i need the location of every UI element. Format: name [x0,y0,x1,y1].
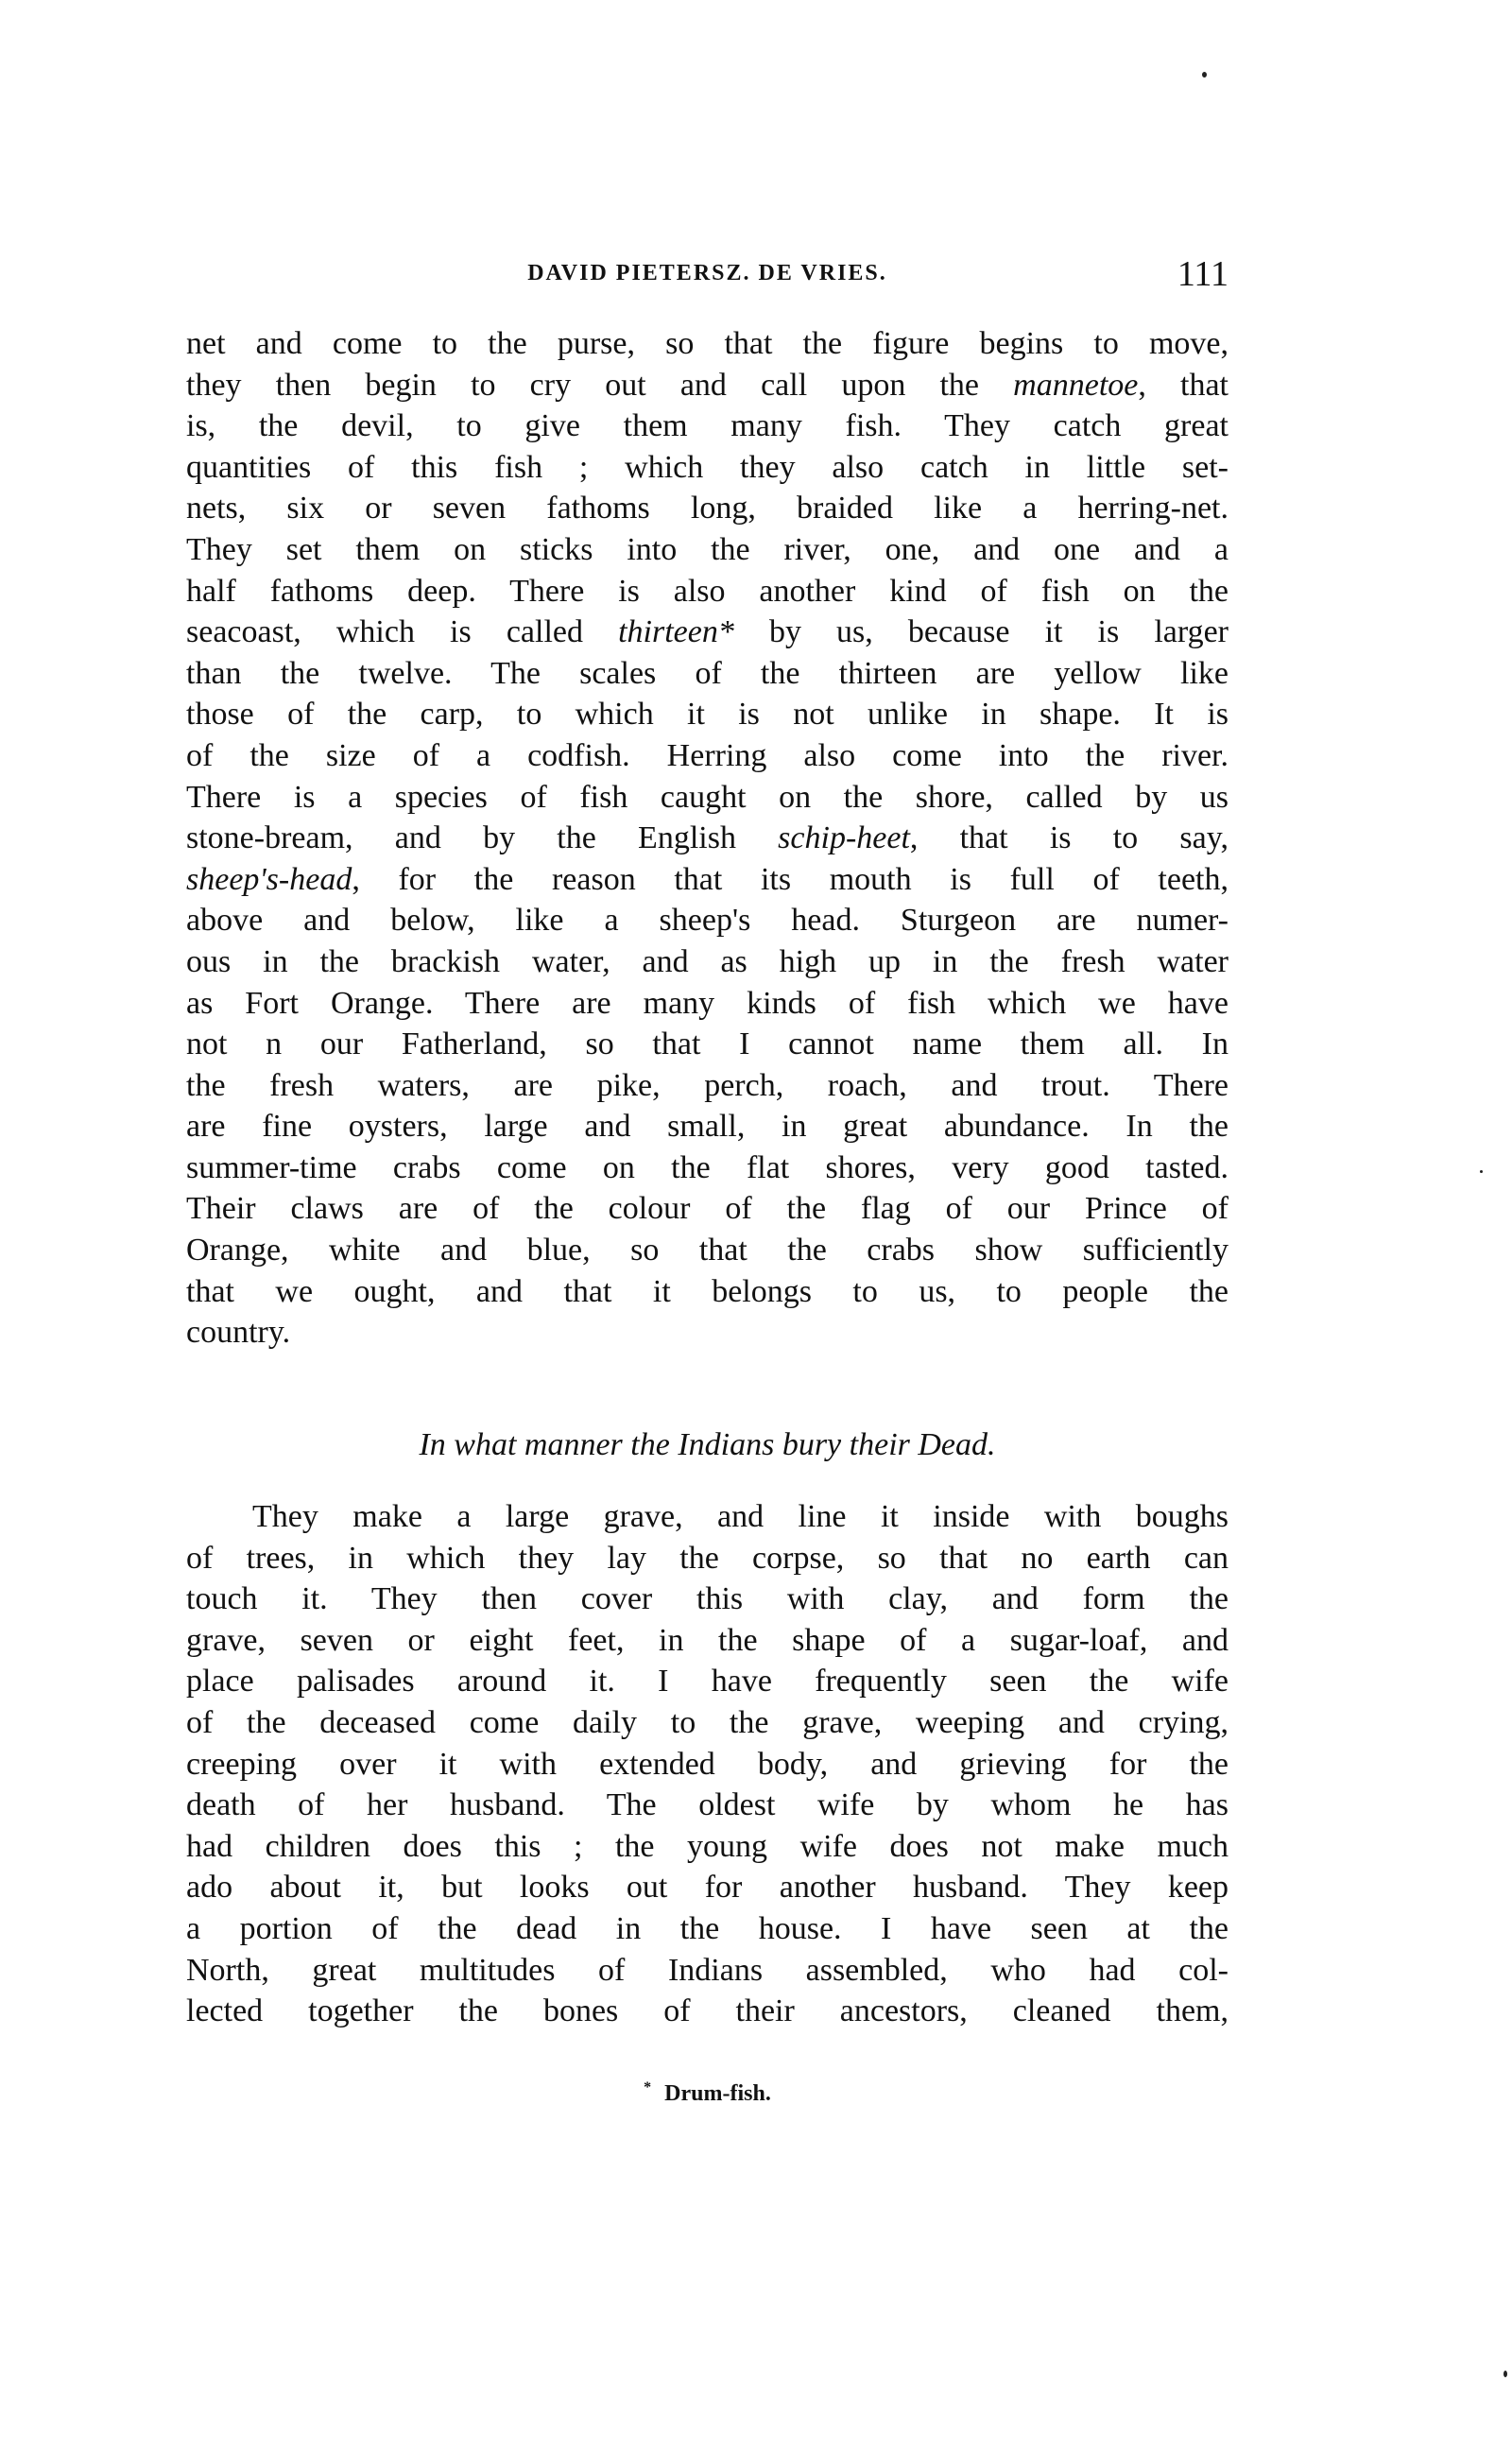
text-line: place palisades around it. I have freque… [186,1661,1228,1702]
text-line: country. [186,1312,1228,1354]
text-line: the fresh waters, are pike, perch, roach… [186,1065,1228,1107]
text-line: There is a species of fish caught on the… [186,777,1228,819]
text-line: grave, seven or eight feet, in the shape… [186,1620,1228,1662]
text-line: half fathoms deep. There is also another… [186,571,1228,612]
text-line: a portion of the dead in the house. I ha… [186,1908,1228,1950]
italic-term: thirteen* [618,614,734,649]
text-line: than the twelve. The scales of the thirt… [186,653,1228,695]
text-line: seacoast, which is called thirteen* by u… [186,612,1228,653]
text-line: net and come to the purse, so that the f… [186,323,1228,365]
text-line: touch it. They then cover this with clay… [186,1579,1228,1620]
text-line: ado about it, but looks out for another … [186,1867,1228,1908]
text-line: sheep's-head, for the reason that its mo… [186,859,1228,901]
text-line: They set them on sticks into the river, … [186,529,1228,571]
text-line: nets, six or seven fathoms long, braided… [186,488,1228,529]
text-line: they then begin to cry out and call upon… [186,365,1228,406]
italic-term: schip-heet [778,820,910,855]
text-line: quantities of this fish ; which they als… [186,447,1228,489]
text-line: that we ought, and that it belongs to us… [186,1271,1228,1313]
text-line: Orange, white and blue, so that the crab… [186,1230,1228,1271]
paragraph-burial: They make a large grave, and line it ins… [186,1496,1228,2032]
text-line: those of the carp, to which it is not un… [186,694,1228,735]
text-line: is, the devil, to give them many fish. T… [186,405,1228,447]
text-line: stone-bream, and by the English schip-he… [186,818,1228,859]
text-line: creeping over it with extended body, and… [186,1744,1228,1786]
text-line: ous in the brackish water, and as high u… [186,941,1228,983]
text-line: summer-time crabs come on the flat shore… [186,1147,1228,1189]
footnote-marker: * [644,2079,651,2096]
text-line: death of her husband. The oldest wife by… [186,1785,1228,1826]
text-line: of the deceased come daily to the grave,… [186,1702,1228,1744]
text-line: of trees, in which they lay the corpse, … [186,1538,1228,1579]
text-line: lected together the bones of their ances… [186,1991,1228,2032]
text-line: They make a large grave, and line it ins… [186,1496,1228,1538]
text-line: above and below, like a sheep's head. St… [186,900,1228,941]
text-line: not n our Fatherland, so that I cannot n… [186,1024,1228,1065]
text-line: of the size of a codfish. Herring also c… [186,735,1228,777]
running-head: DAVID PIETERSZ. DE VRIES. 111 [186,253,1228,301]
text-line: Their claws are of the colour of the fla… [186,1188,1228,1230]
italic-term: mannetoe [1013,368,1138,403]
running-title: DAVID PIETERSZ. DE VRIES. [186,261,1228,286]
scan-speck [1503,2371,1507,2377]
italic-term: sheep's-head [186,862,352,897]
footnote-text: Drum-fish. [664,2081,771,2106]
text-line: as Fort Orange. There are many kinds of … [186,983,1228,1025]
page-number: 111 [1177,253,1228,295]
text-line: are fine oysters, large and small, in gr… [186,1106,1228,1147]
footnote: *Drum-fish. [186,2079,1228,2107]
scan-speck [1480,1170,1483,1173]
scan-speck [1202,72,1207,78]
section-heading: In what manner the Indians bury their De… [186,1427,1228,1463]
paragraph-fish: net and come to the purse, so that the f… [186,323,1228,1354]
text-line: North, great multitudes of Indians assem… [186,1950,1228,1992]
text-line: had children does this ; the young wife … [186,1826,1228,1868]
